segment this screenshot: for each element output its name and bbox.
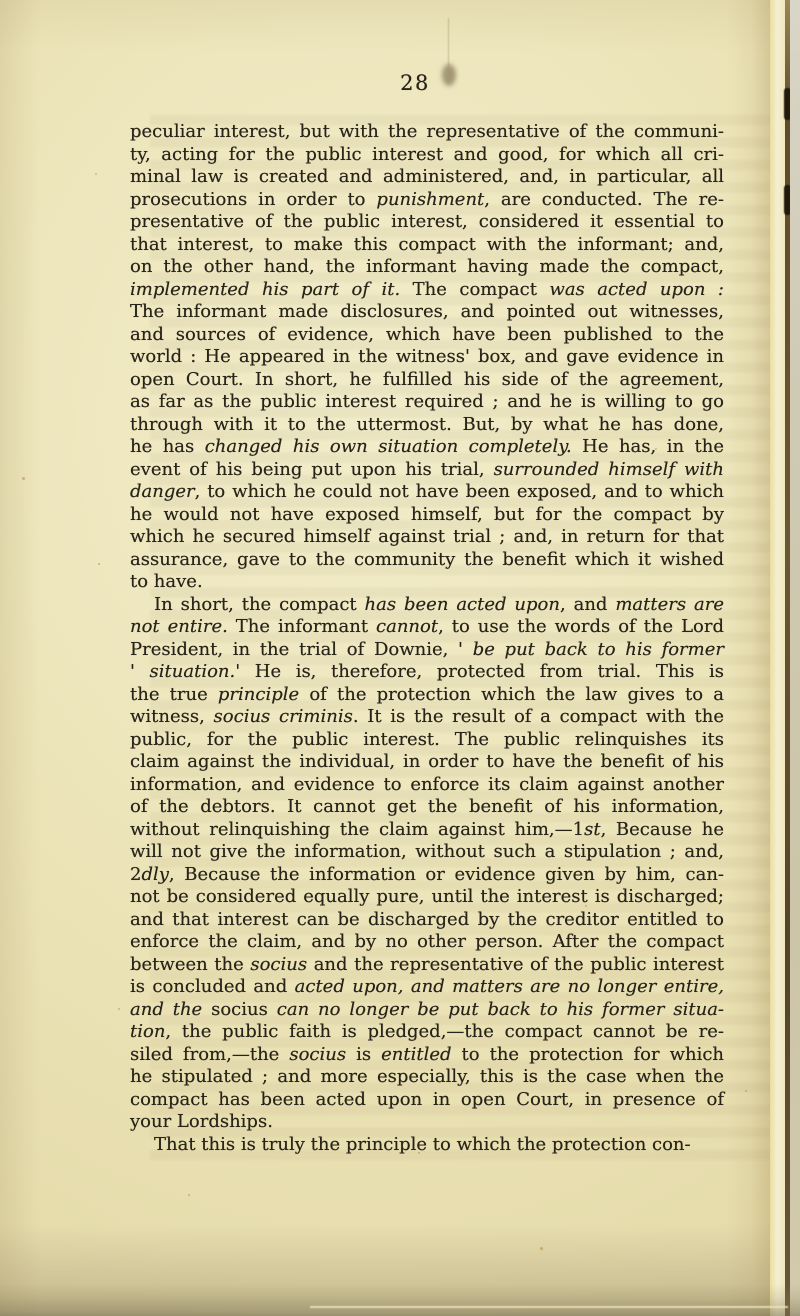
italic-text-segment: socius (250, 954, 307, 975)
text-segment: The compact (400, 279, 549, 300)
text-segment: , and (560, 594, 615, 615)
text-line: not be considered equally pure, until th… (130, 886, 724, 909)
text-segment: and that interest can be discharged by t… (130, 909, 724, 930)
foxing-speck (585, 905, 587, 907)
page-bottom-edge-highlight (310, 1306, 788, 1308)
text-segment: socius (211, 999, 277, 1020)
text-line: will not give the information, without s… (130, 841, 724, 864)
text-line: as far as the public interest required ;… (130, 391, 724, 414)
text-segment: that interest, to make this compact with… (130, 234, 724, 255)
italic-text-segment: dly (141, 864, 168, 885)
text-segment: minal law is created and administered, a… (130, 166, 724, 187)
adjacent-page-edge (790, 0, 800, 1316)
text-segment: prosecutions in order to (130, 189, 376, 210)
text-segment: , are conducted. The re- (484, 189, 724, 210)
text-line: witness, socius criminis. It is the resu… (130, 706, 724, 729)
text-line: That this is truly the principle to whic… (130, 1134, 724, 1157)
text-line: compact has been acted upon in open Cour… (130, 1089, 724, 1112)
text-line: presentative of the public interest, con… (130, 211, 724, 234)
foxing-speck (22, 477, 25, 480)
italic-text-segment: changed his own situation completely. (205, 436, 572, 457)
text-line: and sources of evidence, which have been… (130, 324, 724, 347)
text-line: enforce the claim, and by no other perso… (130, 931, 724, 954)
text-segment: . It is the result of a compact with the (353, 706, 724, 727)
text-segment: to have. (130, 571, 203, 592)
text-line: the true principle of the protection whi… (130, 684, 724, 707)
text-line: ' situation.' He is, therefore, protecte… (130, 661, 724, 684)
text-line: implemented his part of it. The compact … (130, 279, 724, 302)
text-segment: is (346, 1044, 381, 1065)
text-line: without relinquishing the claim against … (130, 819, 724, 842)
text-segment: on the other hand, the informant having … (130, 256, 724, 277)
text-line: he would not have exposed himself, but f… (130, 504, 724, 527)
foxing-speck (98, 563, 100, 565)
text-line: open Court. In short, he fulfilled his s… (130, 369, 724, 392)
text-segment: presentative of the public interest, con… (130, 211, 724, 232)
italic-text-segment: implemented his part of it. (130, 279, 400, 300)
foxing-speck (188, 1194, 190, 1196)
text-line: is concluded and acted upon, and matters… (130, 976, 724, 999)
foxing-speck (655, 448, 657, 450)
text-line: between the socius and the representativ… (130, 954, 724, 977)
text-line: on the other hand, the informant having … (130, 256, 724, 279)
text-segment: peculiar interest, but with the represen… (130, 121, 724, 142)
text-segment: to the protection for which (452, 1044, 725, 1065)
page-number: 28 (118, 71, 712, 95)
text-segment: The informant (228, 616, 376, 637)
text-line: siled from,—the socius is entitled to th… (130, 1044, 724, 1067)
italic-text-segment: cannot (376, 616, 438, 637)
text-segment: the true (130, 684, 218, 705)
page-bottom-edge-shadow (0, 1284, 800, 1316)
italic-text-segment: can no longer be put back to his former … (277, 999, 724, 1020)
text-line: 2dly, Because the information or evidenc… (130, 864, 724, 887)
text-line: that interest, to make this compact with… (130, 234, 724, 257)
text-segment: witness, (130, 706, 214, 727)
foxing-speck (95, 173, 97, 175)
text-segment: and sources of evidence, which have been… (130, 324, 724, 345)
text-segment: he has (130, 436, 205, 457)
italic-text-segment: has been acted upon (365, 594, 560, 615)
text-segment: , Because he (601, 819, 724, 840)
italic-text-segment: danger (130, 481, 195, 502)
text-segment: not be considered equally pure, until th… (130, 886, 724, 907)
italic-text-segment: punishment (376, 189, 484, 210)
text-segment: information, and evidence to enforce its… (130, 774, 724, 795)
text-line: through with it to the uttermost. But, b… (130, 414, 724, 437)
text-line: and that interest can be discharged by t… (130, 909, 724, 932)
foxing-speck (540, 1247, 543, 1250)
text-line: event of his being put upon his trial, s… (130, 459, 724, 482)
text-line: President, in the trial of Downie, ' be … (130, 639, 724, 662)
italic-text-segment: st (584, 819, 600, 840)
text-segment: between the (130, 954, 250, 975)
text-line: danger, to which he could not have been … (130, 481, 724, 504)
text-segment: your Lordships. (130, 1111, 273, 1132)
text-line: your Lordships. (130, 1111, 724, 1134)
text-segment: ty, acting for the public interest and g… (130, 144, 724, 165)
paper-scratch (448, 18, 449, 66)
text-line: In short, the compact has been acted upo… (130, 594, 724, 617)
italic-text-segment: was acted upon : (549, 279, 724, 300)
italic-text-segment: principle (218, 684, 299, 705)
text-line: minal law is created and administered, a… (130, 166, 724, 189)
page-curl-shading (726, 0, 772, 1316)
text-segment: ' (130, 661, 150, 682)
text-segment: of the debtors. It cannot get the benefi… (130, 796, 724, 817)
book-page-scan: 28 peculiar interest, but with the repre… (0, 0, 800, 1316)
text-segment: enforce the claim, and by no other perso… (130, 931, 724, 952)
foxing-speck (418, 1152, 420, 1154)
text-segment: compact has been acted upon in open Cour… (130, 1089, 724, 1110)
text-segment: is concluded and (130, 976, 295, 997)
text-line: and the socius can no longer be put back… (130, 999, 724, 1022)
italic-text-segment: and the (130, 999, 211, 1020)
text-line: which he secured himself against trial ;… (130, 526, 724, 549)
text-segment: That this is truly the principle to whic… (154, 1134, 691, 1155)
text-segment: , to which he could not have been expose… (195, 481, 724, 502)
text-line: information, and evidence to enforce its… (130, 774, 724, 797)
italic-text-segment: entitled (381, 1044, 451, 1065)
text-segment: ' He is, therefore, protected from trial… (235, 661, 724, 682)
text-segment: In short, the compact (154, 594, 365, 615)
text-line: The informant made disclosures, and poin… (130, 301, 724, 324)
text-line: assurance, gave to the community the ben… (130, 549, 724, 572)
foxing-speck (362, 556, 364, 558)
text-segment: without relinquishing the claim against … (130, 819, 584, 840)
text-segment: will not give the information, without s… (130, 841, 724, 862)
text-segment: , Because the information or evidence gi… (169, 864, 724, 885)
text-segment: , the public faith is pledged,—the compa… (165, 1021, 724, 1042)
text-line: world : He appeared in the witness' box,… (130, 346, 724, 369)
italic-text-segment: not entire. (130, 616, 228, 637)
text-segment: public, for the public interest. The pub… (130, 729, 724, 750)
text-line: to have. (130, 571, 724, 594)
text-segment: claim against the individual, in order t… (130, 751, 724, 772)
text-segment: President, in the trial of Downie, ' (130, 639, 473, 660)
text-segment: he stipulated ; and more especially, thi… (130, 1066, 724, 1087)
text-line: ty, acting for the public interest and g… (130, 144, 724, 167)
text-line: tion, the public faith is pledged,—the c… (130, 1021, 724, 1044)
italic-text-segment: be put back to his former (473, 639, 724, 660)
text-segment: through with it to the uttermost. But, b… (130, 414, 724, 435)
text-segment: of the protection which the law gives to… (299, 684, 724, 705)
text-segment: 2 (130, 864, 141, 885)
text-block: peculiar interest, but with the represen… (130, 121, 724, 1156)
text-line: he stipulated ; and more especially, thi… (130, 1066, 724, 1089)
text-segment: The informant made disclosures, and poin… (130, 301, 724, 322)
italic-text-segment: socius (289, 1044, 346, 1065)
foxing-speck (118, 1008, 120, 1010)
text-line: he has changed his own situation complet… (130, 436, 724, 459)
text-line: prosecutions in order to punishment, are… (130, 189, 724, 212)
text-line: public, for the public interest. The pub… (130, 729, 724, 752)
text-segment: he would not have exposed himself, but f… (130, 504, 724, 525)
italic-text-segment: situation. (150, 661, 236, 682)
text-segment: as far as the public interest required ;… (130, 391, 724, 412)
text-segment: which he secured himself against trial ;… (130, 526, 724, 547)
text-segment: open Court. In short, he fulfilled his s… (130, 369, 724, 390)
text-segment: and the representative of the public int… (307, 954, 724, 975)
text-line: not entire. The informant cannot, to use… (130, 616, 724, 639)
text-segment: , to use the words of the Lord (438, 616, 724, 637)
text-segment: world : He appeared in the witness' box,… (130, 346, 724, 367)
italic-text-segment: socius criminis (214, 706, 353, 727)
text-segment: event of his being put upon his trial, (130, 459, 494, 480)
text-line: peculiar interest, but with the represen… (130, 121, 724, 144)
text-line: claim against the individual, in order t… (130, 751, 724, 774)
text-segment: assurance, gave to the community the ben… (130, 549, 724, 570)
italic-text-segment: tion (130, 1021, 165, 1042)
text-segment: He has, in the (572, 436, 724, 457)
text-segment: siled from,—the (130, 1044, 289, 1065)
italic-text-segment: surrounded himself with (494, 459, 724, 480)
italic-text-segment: matters are (615, 594, 724, 615)
italic-text-segment: acted upon, and matters are no longer en… (295, 976, 724, 997)
text-line: of the debtors. It cannot get the benefi… (130, 796, 724, 819)
